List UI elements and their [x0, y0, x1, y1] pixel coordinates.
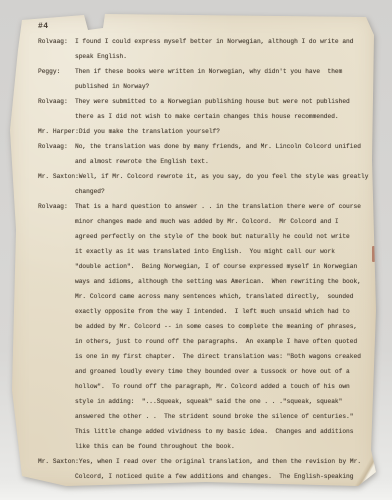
dialogue-line: and groaned loudly every time they bound… — [38, 364, 376, 379]
dialogue-line: changed? — [38, 184, 376, 199]
dialogue-line: Mr. Saxton:Yes, when I read over the ori… — [38, 454, 376, 469]
dialogue-line: Mr. Saxton:Well, if Mr. Colcord rewrote … — [38, 169, 376, 184]
dialogue-text: it exactly as it was translated into Eng… — [75, 248, 335, 255]
dialogue-text: speak English. — [75, 53, 127, 60]
dialogue-line: agreed perfectly on the style of the boo… — [38, 229, 376, 244]
dialogue-text: Well, if Mr. Colcord rewrote it, as you … — [79, 173, 369, 180]
dialogue-text: exactly opposite from the way I intended… — [75, 308, 350, 315]
dialogue-text: minor changes made and much was added by… — [75, 218, 339, 225]
dialogue-text: That is a hard question to answer . . in… — [75, 203, 361, 210]
dialogue-line: Rolvaag:They were submitted to a Norwegi… — [38, 94, 376, 109]
dialogue-line: minor changes made and much was added by… — [38, 214, 376, 229]
dialogue-line: exactly opposite from the way I intended… — [38, 304, 376, 319]
dialogue-text: Yes, when I read over the original trans… — [79, 458, 361, 465]
speaker-label: Rolvaag: — [38, 98, 75, 105]
dialogue-text: They were submitted to a Norwegian publi… — [75, 98, 350, 105]
speaker-label: Rolvaag: — [38, 203, 75, 210]
dialogue-text: ways and idioms, although the setting wa… — [75, 278, 361, 285]
typewritten-page: #4 Rolvaag:I found I could express mysel… — [6, 10, 378, 490]
dialogue-line: Mr. Harper:Did you make the translation … — [38, 124, 376, 139]
dialogue-line: Colcord, I noticed quite a few additions… — [38, 469, 376, 484]
dialogue-text: Did you make the translation yourself? — [79, 128, 220, 135]
dialogue-entry: Rolvaag:No, the translation was done by … — [38, 139, 376, 169]
dialogue-text: changed? — [75, 188, 105, 195]
dialogue-line: Rolvaag:I found I could express myself b… — [38, 34, 376, 49]
dialogue-text: and almost rewrote the English text. — [75, 158, 209, 165]
dialogue-text: is one in my first chapter. The direct t… — [75, 353, 361, 360]
speaker-label: Mr. Saxton: — [38, 458, 79, 465]
dialogue-line: Rolvaag:That is a hard question to answe… — [38, 199, 376, 214]
dialogue-line: be added by Mr. Colcord -- in some cases… — [38, 319, 376, 334]
dialogue-line: Peggy:Then if these books were written i… — [38, 64, 376, 79]
dialogue-line: "double action". Being Norwegian, I of c… — [38, 259, 376, 274]
dialogue-entry: Rolvaag:I found I could express myself b… — [38, 34, 376, 64]
dialogue-text: "double action". Being Norwegian, I of c… — [75, 263, 357, 270]
dialogue-line: in others, just to round off the paragra… — [38, 334, 376, 349]
dialogue-text: answered the other . . The strident soun… — [75, 413, 353, 420]
speaker-label: Rolvaag: — [38, 143, 75, 150]
dialogue-text: published in Norway? — [75, 83, 149, 90]
dialogue-line: answered the other . . The strident soun… — [38, 409, 376, 424]
speaker-label: Peggy: — [38, 68, 75, 75]
scanned-page-wrapper: #4 Rolvaag:I found I could express mysel… — [0, 0, 392, 500]
page-number: #4 — [38, 22, 49, 31]
dialogue-line: there as I did not wish to make certain … — [38, 109, 376, 124]
dialogue-entry: Mr. Saxton:Well, if Mr. Colcord rewrote … — [38, 169, 376, 199]
dialogue-entry: Rolvaag:That is a hard question to answe… — [38, 199, 376, 454]
speaker-label: Rolvaag: — [38, 38, 75, 45]
dialogue-text: I found I could express myself better in… — [75, 38, 353, 45]
dialogue-line: published in Norway? — [38, 79, 376, 94]
dialogue-text: No, the translation was done by many fri… — [75, 143, 361, 150]
dialogue-entry: Peggy:Then if these books were written i… — [38, 64, 376, 94]
dialogue-text: like this can be found throughout the bo… — [75, 443, 235, 450]
speaker-label: Mr. Saxton: — [38, 173, 79, 180]
dialogue-text: Then if these books were written in Norw… — [75, 68, 342, 75]
dialogue-line: Mr. Colcord came across many sentences w… — [38, 289, 376, 304]
dialogue-entry: Mr. Harper:Did you make the translation … — [38, 124, 376, 139]
dialogue-line: it exactly as it was translated into Eng… — [38, 244, 376, 259]
dialogue-line: style in adding: "...Squeak, squeak" sai… — [38, 394, 376, 409]
dialogue-line: speak English. — [38, 49, 376, 64]
dialogue-line: hollow". To round off the paragraph, Mr.… — [38, 379, 376, 394]
dialogue-line: ways and idioms, although the setting wa… — [38, 274, 376, 289]
dialogue-text: style in adding: "...Squeak, squeak" sai… — [75, 398, 342, 405]
dialogue-line: is one in my first chapter. The direct t… — [38, 349, 376, 364]
dialogue-text: in others, just to round off the paragra… — [75, 338, 357, 345]
dialogue-text: and groaned loudly every time they bound… — [75, 368, 350, 375]
dialogue-text: Colcord, I noticed quite a few additions… — [75, 473, 353, 480]
dialogue-text: Mr. Colcord came across many sentences w… — [75, 293, 353, 300]
dialogue-text: be added by Mr. Colcord -- in some cases… — [75, 323, 357, 330]
dialogue-entry: Rolvaag:They were submitted to a Norwegi… — [38, 94, 376, 124]
dialogue-line: and almost rewrote the English text. — [38, 154, 376, 169]
dialogue-text: agreed perfectly on the style of the boo… — [75, 233, 350, 240]
dialogue-line: This little change added vividness to my… — [38, 424, 376, 439]
dialogue-text: hollow". To round off the paragraph, Mr.… — [75, 383, 350, 390]
dialogue: Rolvaag:I found I could express myself b… — [38, 34, 376, 484]
dialogue-line: like this can be found throughout the bo… — [38, 439, 376, 454]
speaker-label: Mr. Harper: — [38, 128, 79, 135]
dialogue-text: there as I did not wish to make certain … — [75, 113, 339, 120]
dialogue-entry: Mr. Saxton:Yes, when I read over the ori… — [38, 454, 376, 484]
dialogue-line: Rolvaag:No, the translation was done by … — [38, 139, 376, 154]
dialogue-text: This little change added vividness to my… — [75, 428, 353, 435]
